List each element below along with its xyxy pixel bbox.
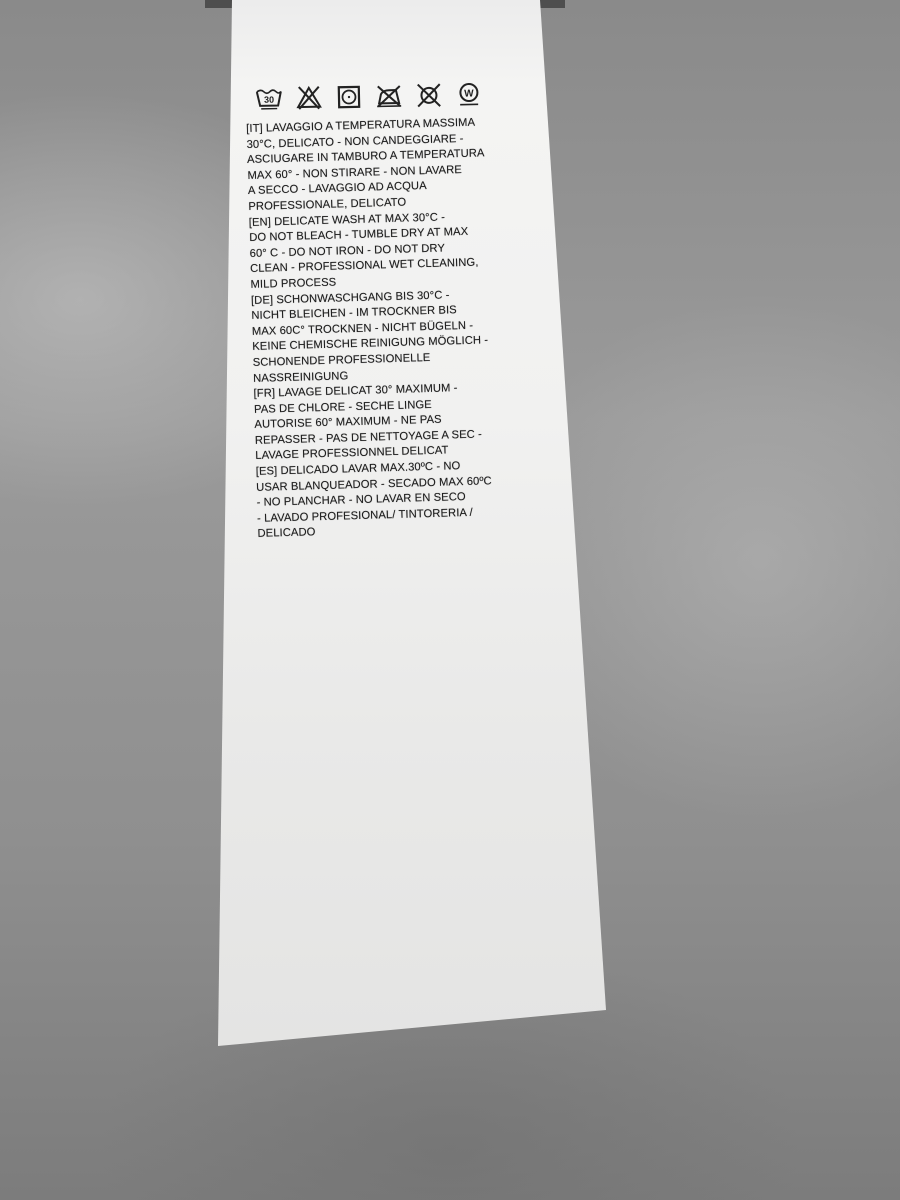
professional-wet-clean-icon: W — [455, 81, 484, 108]
wash-30-icon: 30 — [255, 85, 284, 112]
do-not-dry-clean-icon — [415, 82, 444, 109]
tumble-dry-icon — [335, 84, 364, 111]
do-not-iron-icon — [375, 83, 404, 110]
care-symbols-row: 30 W — [255, 79, 484, 114]
svg-text:30: 30 — [264, 95, 274, 105]
do-not-bleach-icon — [295, 85, 324, 112]
care-instructions-text: [IT] LAVAGGIO A TEMPERATURA MASSIMA 30°C… — [246, 114, 548, 543]
svg-text:W: W — [464, 88, 474, 99]
